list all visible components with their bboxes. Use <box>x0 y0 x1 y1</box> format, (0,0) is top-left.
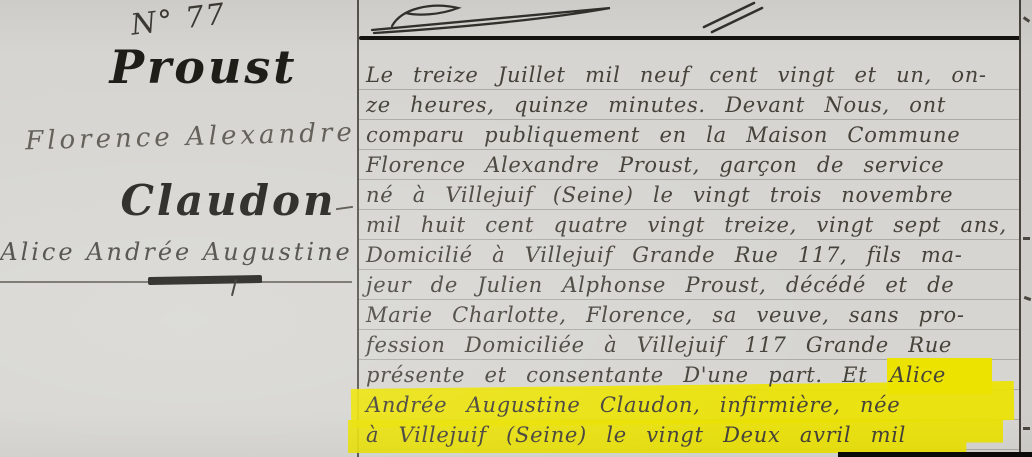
act-line-1: Le treize Juillet mil neuf cent vingt et… <box>366 60 1018 90</box>
act-line-13: à Villejuif (Seine) le vingt Deux avril … <box>366 420 1018 450</box>
scan-artifact-bar <box>838 452 1032 457</box>
highlighted-word: Alice <box>887 358 992 394</box>
act-line-11: présente et consentante D'une part. Et A… <box>366 360 1018 390</box>
act-line-3: comparu publiquement en la Maison Commun… <box>366 120 1018 150</box>
act-line-2: ze heures, quinze minutes. Devant Nous, … <box>366 90 1018 120</box>
margin-underline-bold <box>148 275 262 285</box>
margin-column: N° 77 Proust Florence Alexandre Claudon … <box>0 0 357 457</box>
bride-surname: Claudon <box>50 176 407 225</box>
section-rule <box>359 36 1021 40</box>
act-line-7: Domicilié à Villejuif Grande Rue 117, fi… <box>366 240 1018 270</box>
edge-tick <box>1023 427 1030 430</box>
second-signature-stroke <box>704 3 762 32</box>
registry-page: N° 77 Proust Florence Alexandre Claudon … <box>0 0 1032 457</box>
act-body: Le treize Juillet mil neuf cent vingt et… <box>366 60 1018 450</box>
act-line-12: Andrée Augustine Claudon, infirmière, né… <box>366 390 1018 420</box>
act-line-10: fession Domiciliée à Villejuif 117 Grand… <box>366 330 1018 360</box>
bride-given-names: Alice Andrée Augustine <box>0 238 355 266</box>
act-line-8: jeur de Julien Alphonse Proust, décédé e… <box>366 270 1018 300</box>
groom-given-names: Florence Alexandre <box>12 117 370 156</box>
act-line-5: né à Villejuif (Seine) le vingt trois no… <box>366 180 1018 210</box>
page-edge-margin <box>1021 0 1032 457</box>
groom-surname: Proust <box>25 40 382 94</box>
act-line-9: Marie Charlotte, Florence, sa veuve, san… <box>366 300 1018 330</box>
act-line-6: mil huit cent quatre vingt treize, vingt… <box>366 210 1018 240</box>
act-line-4: Florence Alexandre Proust, garçon de ser… <box>366 150 1018 180</box>
page-border <box>1019 0 1021 457</box>
signature-flourish <box>362 0 792 36</box>
edge-tick <box>1023 237 1030 240</box>
